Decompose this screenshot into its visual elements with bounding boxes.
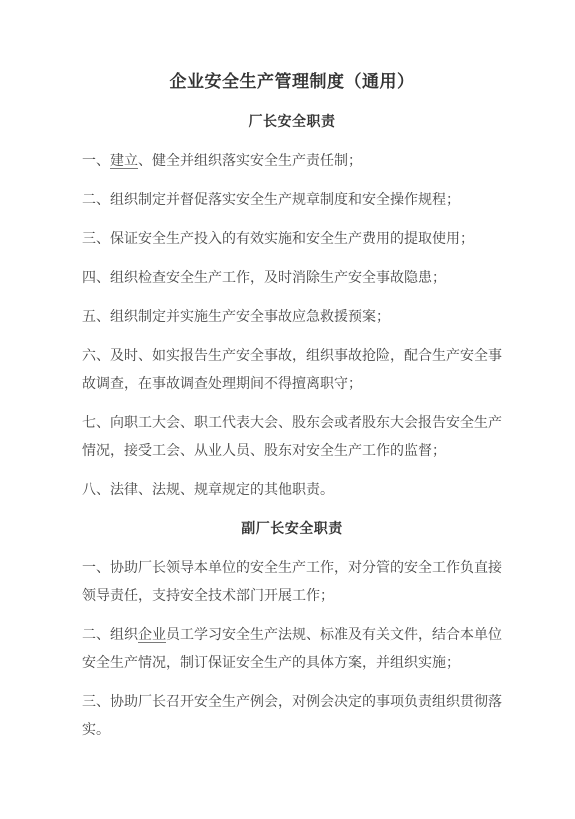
section-heading: 厂长安全职责 <box>82 107 502 135</box>
paragraph: 三、协助厂长召开安全生产例会，对例会决定的事项负责组织贯彻落实。 <box>82 687 502 743</box>
text-run: 、健全并组织落实安全生产责任制； <box>138 152 362 168</box>
sections: 厂长安全职责一、建立、健全并组织落实安全生产责任制；二、组织制定并督促落实安全生… <box>82 107 502 743</box>
text-run: 三、协助厂长召开安全生产例会，对例会决定的事项负责组织贯彻落实。 <box>82 693 502 737</box>
text-run: 六、及时、如实报告生产安全事故，组织事故抢险，配合生产安全事故调查，在事故调查处… <box>82 347 502 391</box>
paragraph: 一、协助厂长领导本单位的安全生产工作，对分管的安全工作负直接领导责任，支持安全技… <box>82 553 502 609</box>
text-run: 一、 <box>82 152 110 168</box>
paragraph: 二、组织企业员工学习安全生产法规、标准及有关文件，结合本单位安全生产情况，制订保… <box>82 620 502 676</box>
paragraph: 四、组织检查安全生产工作，及时消除生产安全事故隐患； <box>82 263 502 291</box>
text-run: 二、组织 <box>82 626 138 642</box>
text-run: 七、向职工大会、职工代表大会、股东会或者股东大会报告安全生产情况，接受工会、从业… <box>82 414 502 458</box>
text-run: 四、组织检查安全生产工作，及时消除生产安全事故隐患； <box>82 269 446 285</box>
underlined-text: 建立 <box>110 152 138 168</box>
section-heading: 副厂长安全职责 <box>82 514 502 542</box>
text-run: 五、组织制定并实施生产安全事故应急救援预案； <box>82 308 390 324</box>
text-run: 二、组织制定并督促落实安全生产规章制度和安全操作规程； <box>82 191 460 207</box>
paragraph: 一、建立、健全并组织落实安全生产责任制； <box>82 146 502 174</box>
document-title: 企业安全生产管理制度（通用） <box>82 68 502 96</box>
text-run: 一、协助厂长领导本单位的安全生产工作，对分管的安全工作负直接领导责任，支持安全技… <box>82 559 502 603</box>
text-run: 八、法律、法规、规章规定的其他职责。 <box>82 481 334 497</box>
paragraph: 五、组织制定并实施生产安全事故应急救援预案； <box>82 302 502 330</box>
underlined-text: 企业 <box>138 626 166 642</box>
paragraph: 六、及时、如实报告生产安全事故，组织事故抢险，配合生产安全事故调查，在事故调查处… <box>82 341 502 397</box>
paragraph: 三、保证安全生产投入的有效实施和安全生产费用的提取使用； <box>82 224 502 252</box>
paragraph: 七、向职工大会、职工代表大会、股东会或者股东大会报告安全生产情况，接受工会、从业… <box>82 408 502 464</box>
text-run: 三、保证安全生产投入的有效实施和安全生产费用的提取使用； <box>82 230 474 246</box>
paragraph: 二、组织制定并督促落实安全生产规章制度和安全操作规程； <box>82 185 502 213</box>
document-page: 企业安全生产管理制度（通用） 厂长安全职责一、建立、健全并组织落实安全生产责任制… <box>0 0 575 819</box>
paragraph: 八、法律、法规、规章规定的其他职责。 <box>82 475 502 503</box>
